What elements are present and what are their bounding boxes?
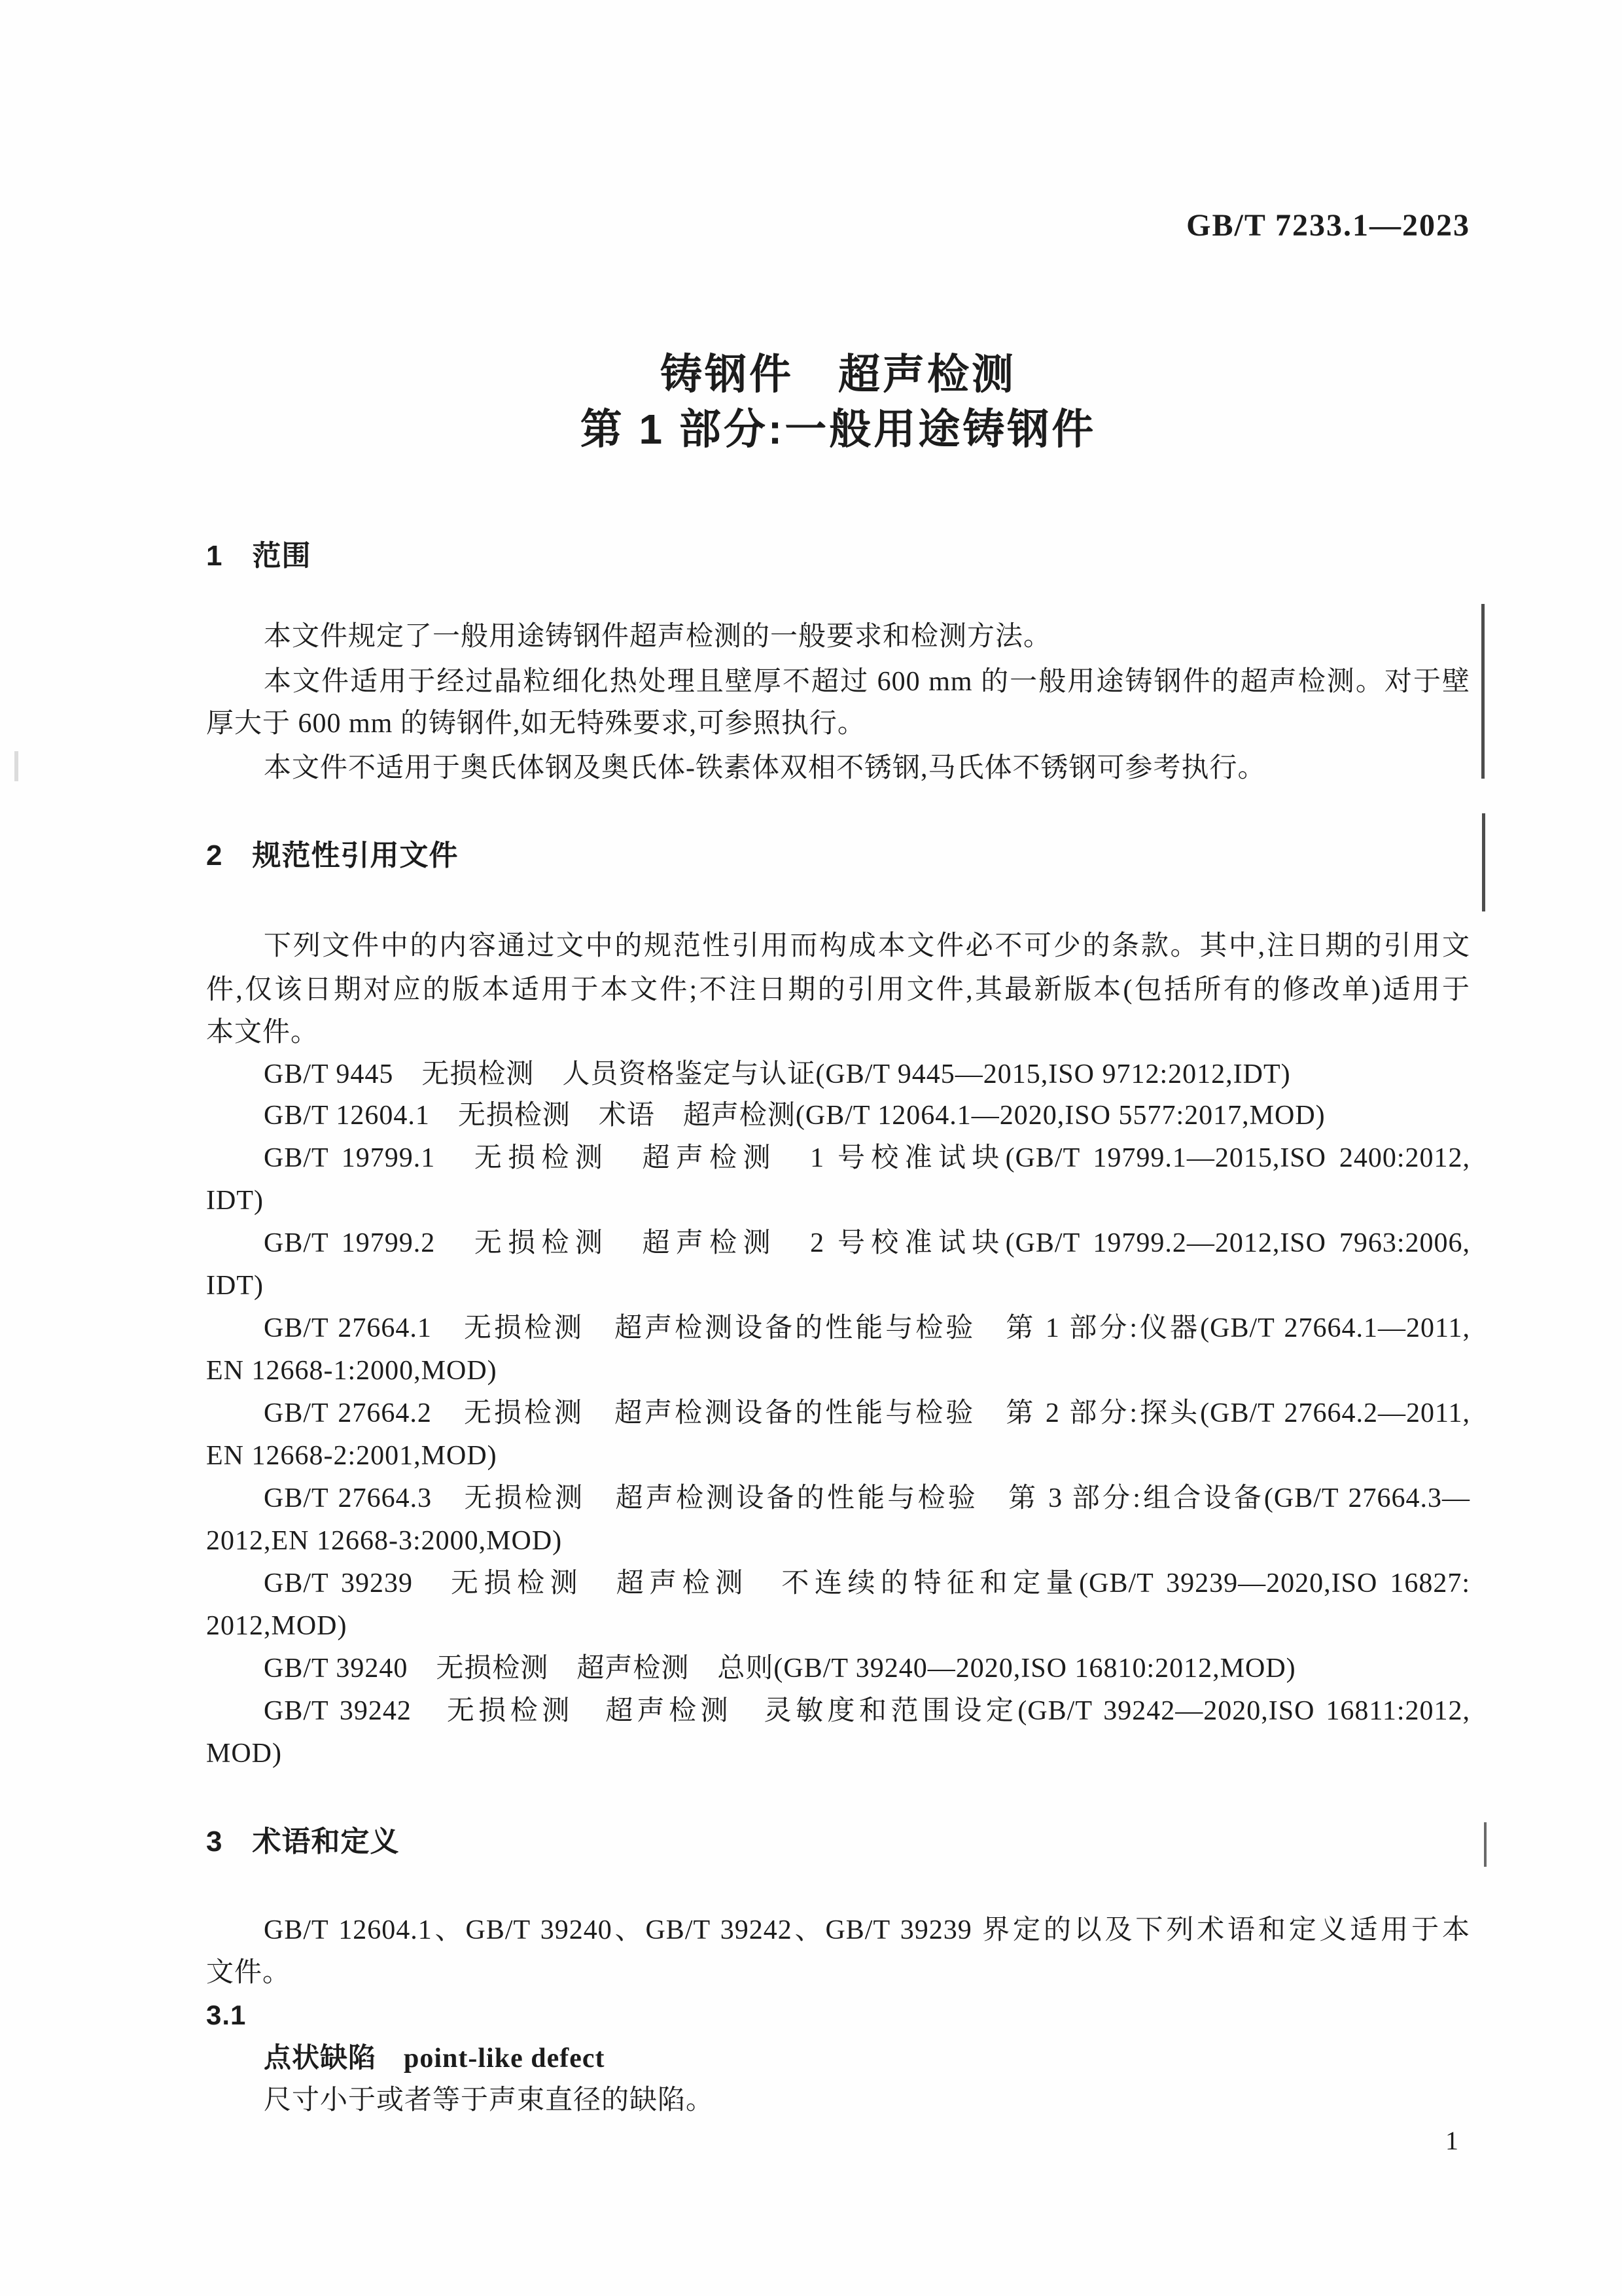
reference-line: EN 12668-2:2001,MOD) [206,1434,1470,1477]
term-chinese: 点状缺陷 [264,2042,376,2073]
reference-line: GB/T 19799.1 无损检测 超声检测 1 号校准试块(GB/T 1979… [206,1137,1470,1180]
body-line: 本文件。 [206,1011,1470,1054]
section3-heading: 3 术语和定义 [206,1820,1470,1863]
reference-line: GB/T 9445 无损检测 人员资格鉴定与认证(GB/T 9445—2015,… [206,1053,1470,1096]
reference-line: GB/T 39239 无损检测 超声检测 不连续的特征和定量(GB/T 3923… [206,1562,1470,1605]
term-line: 点状缺陷point-like defect [206,2036,1470,2079]
body-line: 本文件不适用于奥氏体钢及奥氏体-铁素体双相不锈钢,马氏体不锈钢可参考执行。 [206,747,1470,790]
reference-line: 2012,EN 12668-3:2000,MOD) [206,1519,1470,1563]
scan-bar-artifact [1482,813,1485,911]
reference-line: IDT) [206,1179,1470,1222]
body-line: 文件。 [206,1951,1470,1994]
section1-heading: 1 范围 [206,535,1470,578]
document-page: GB/T 7233.1—2023 铸钢件 超声检测 第 1 部分:一般用途铸钢件… [0,0,1622,2296]
reference-line: GB/T 27664.1 无损检测 超声检测设备的性能与检验 第 1 部分:仪器… [206,1307,1470,1350]
reference-line: 2012,MOD) [206,1604,1470,1648]
reference-line: GB/T 19799.2 无损检测 超声检测 2 号校准试块(GB/T 1979… [206,1222,1470,1265]
reference-line: MOD) [206,1732,1470,1775]
reference-line: EN 12668-1:2000,MOD) [206,1349,1470,1392]
body-line: 厚大于 600 mm 的铸钢件,如无特殊要求,可参照执行。 [206,702,1470,745]
page-number: 1 [206,2119,1459,2163]
reference-line: GB/T 27664.2 无损检测 超声检测设备的性能与检验 第 2 部分:探头… [206,1392,1470,1435]
body-line: 本文件规定了一般用途铸钢件超声检测的一般要求和检测方法。 [206,615,1470,658]
body-line: 本文件适用于经过晶粒细化热处理且壁厚不超过 600 mm 的一般用途铸钢件的超声… [206,660,1470,703]
reference-line: GB/T 27664.3 无损检测 超声检测设备的性能与检验 第 3 部分:组合… [206,1477,1470,1520]
scan-bar-artifact [1484,1822,1487,1867]
reference-line: GB/T 39240 无损检测 超声检测 总则(GB/T 39240—2020,… [206,1647,1470,1690]
standard-code: GB/T 7233.1—2023 [206,204,1470,247]
reference-line: GB/T 12604.1 无损检测 术语 超声检测(GB/T 12064.1—2… [206,1094,1470,1137]
scan-smudge-artifact [14,751,18,781]
scan-bar-artifact [1481,604,1485,779]
body-line: GB/T 12604.1、GB/T 39240、GB/T 39242、GB/T … [206,1909,1470,1952]
reference-line: IDT) [206,1264,1470,1307]
doc-title-line1: 铸钢件 超声检测 [206,345,1470,404]
reference-line: GB/T 39242 无损检测 超声检测 灵敏度和范围设定(GB/T 39242… [206,1689,1470,1733]
body-line: 下列文件中的内容通过文中的规范性引用而构成本文件必不可少的条款。其中,注日期的引… [206,925,1470,968]
body-line: 件,仅该日期对应的版本适用于本文件;不注日期的引用文件,其最新版本(包括所有的修… [206,968,1470,1012]
doc-title-line2: 第 1 部分:一般用途铸钢件 [206,400,1470,459]
section2-heading: 2 规范性引用文件 [206,834,1470,877]
clause-number: 3.1 [206,1994,1470,2037]
term-english: point-like defect [404,2043,605,2074]
definition-line: 尺寸小于或者等于声束直径的缺陷。 [206,2079,1470,2122]
